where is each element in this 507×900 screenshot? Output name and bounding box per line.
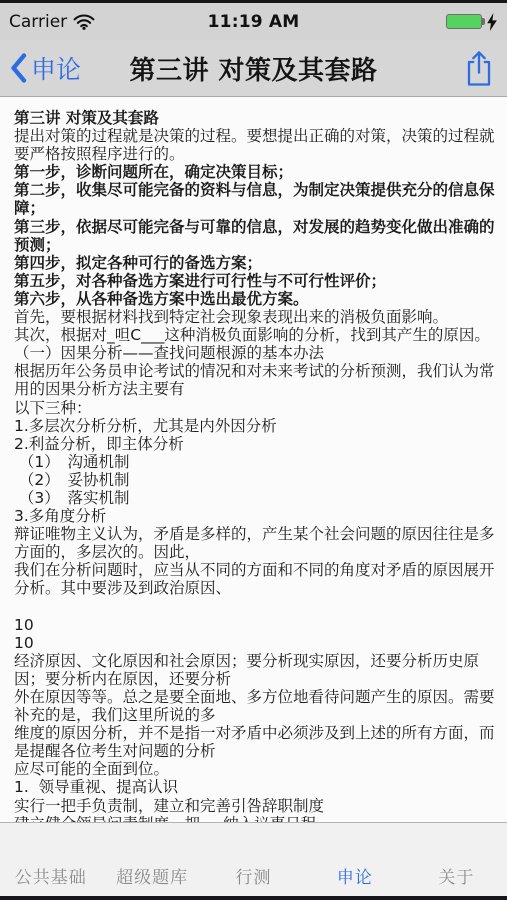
text-line: 3.多角度分析: [14, 507, 497, 525]
text-line: 补充的是，我们这里所说的多: [14, 706, 497, 724]
text-line: 2.利益分析，即主体分析: [14, 435, 497, 453]
text-line: 辩证唯物主义认为，矛盾是多样的，产生某个社会问题的原因往往是多: [14, 525, 497, 543]
share-button[interactable]: [464, 50, 507, 87]
text-line: 第四步，拟定各种可行的备选方案；: [14, 254, 497, 272]
text-line: 方面的，多层次的。因此，: [14, 543, 497, 561]
tab-label: 超级题库: [116, 863, 188, 888]
text-line: 维度的原因分析，并不是指一对矛盾中必须涉及到上述的所有方面，而: [14, 724, 497, 742]
app-screen: Carrier 11:19 AM 申论 第三讲 对策及其套路: [0, 0, 507, 900]
text-line: 是提醒各位考生对问题的分析: [14, 742, 497, 760]
text-line: 第六步，从各种备选方案中选出最优方案。: [14, 290, 497, 308]
screen-bottom-bezel: [0, 896, 507, 900]
text-line: [14, 598, 497, 616]
status-bar: Carrier 11:19 AM: [0, 3, 507, 40]
text-line: 外在原因等等。总之是要全面地、多方位地看待问题产生的原因。需要: [14, 688, 497, 706]
tab-label: 关于: [438, 863, 474, 888]
text-line: 障；: [14, 199, 497, 217]
text-line: 经济原因、文化原因和社会原因；要分析现实原因，还要分析历史原: [14, 652, 497, 670]
text-line: 用的因果分析方法主要有: [14, 380, 497, 398]
text-line: 提出对策的过程就是决策的过程。要想提出正确的对策，决策的过程就: [14, 127, 497, 145]
tab-bar: 公共基础超级题库行测申论关于: [0, 822, 507, 896]
tab-item[interactable]: 行测: [203, 823, 304, 896]
charging-bolt-icon: [486, 13, 498, 31]
text-line: 根据历年公务员申论考试的情况和对未来考试的分析预测，我们认为常: [14, 362, 497, 380]
text-line: 第三讲 对策及其套路: [14, 109, 497, 127]
back-button[interactable]: 申论: [0, 50, 89, 86]
document-content[interactable]: 第三讲 对策及其套路提出对策的过程就是决策的过程。要想提出正确的对策，决策的过程…: [0, 97, 507, 822]
text-line: 1. 领导重视、提高认识: [14, 778, 497, 796]
status-left-group: Carrier: [9, 12, 95, 32]
text-line: 第一步，诊断问题所在，确定决策目标；: [14, 163, 497, 181]
text-line: 10: [14, 616, 497, 634]
text-line: 实行一把手负责制，建立和完善引咎辞职制度: [14, 797, 497, 815]
text-line: （3） 落实机制: [14, 489, 497, 507]
tab-label: 申论: [337, 863, 373, 888]
text-line: （一）因果分析——查找问题根源的基本办法: [14, 344, 497, 362]
back-chevron-icon: [10, 53, 27, 83]
text-line: 10: [14, 634, 497, 652]
navigation-bar: 申论 第三讲 对策及其套路: [0, 40, 507, 97]
carrier-label: Carrier: [9, 12, 67, 32]
text-line: 第五步，对各种备选方案进行可行性与不可行性评价；: [14, 272, 497, 290]
tab-item[interactable]: 公共基础: [0, 823, 101, 896]
status-right-group: [446, 13, 498, 31]
text-line: （2） 妥协机制: [14, 471, 497, 489]
text-line: 要严格按照程序进行的。: [14, 145, 497, 163]
back-button-label: 申论: [31, 50, 81, 86]
text-line: 因；要分析内在原因，还要分析: [14, 670, 497, 688]
text-line: 预测；: [14, 236, 497, 254]
text-line: 1.多层次分析分析，尤其是内外因分析: [14, 417, 497, 435]
tab-item[interactable]: 申论: [304, 823, 405, 896]
share-icon: [464, 50, 494, 87]
wifi-icon: [73, 14, 95, 30]
battery-icon: [446, 14, 482, 29]
tab-item[interactable]: 关于: [406, 823, 507, 896]
text-line: 应尽可能的全面到位。: [14, 760, 497, 778]
tab-label: 行测: [236, 863, 272, 888]
text-line: 第三步，依据尽可能完备与可靠的信息，对发展的趋势变化做出准确的: [14, 218, 497, 236]
text-line: （1） 沟通机制: [14, 453, 497, 471]
tab-item[interactable]: 超级题库: [101, 823, 202, 896]
text-line: 我们在分析问题时，应当从不同的方面和不同的角度对矛盾的原因展开: [14, 561, 497, 579]
tab-label: 公共基础: [15, 863, 87, 888]
text-line: 分析。其中要涉及到政治原因、: [14, 579, 497, 597]
text-line: 第二步，收集尽可能完备的资料与信息，为制定决策提供充分的信息保: [14, 181, 497, 199]
text-line: 首先，要根据材料找到特定社会现象表现出来的消极负面影响。: [14, 308, 497, 326]
text-line: 建立健全领导问责制度，把___纳入议事日程: [14, 815, 497, 822]
text-line: 以下三种：: [14, 399, 497, 417]
text-line: 其次，根据对_呾C___这种消极负面影响的分析，找到其产生的原因。: [14, 326, 497, 344]
